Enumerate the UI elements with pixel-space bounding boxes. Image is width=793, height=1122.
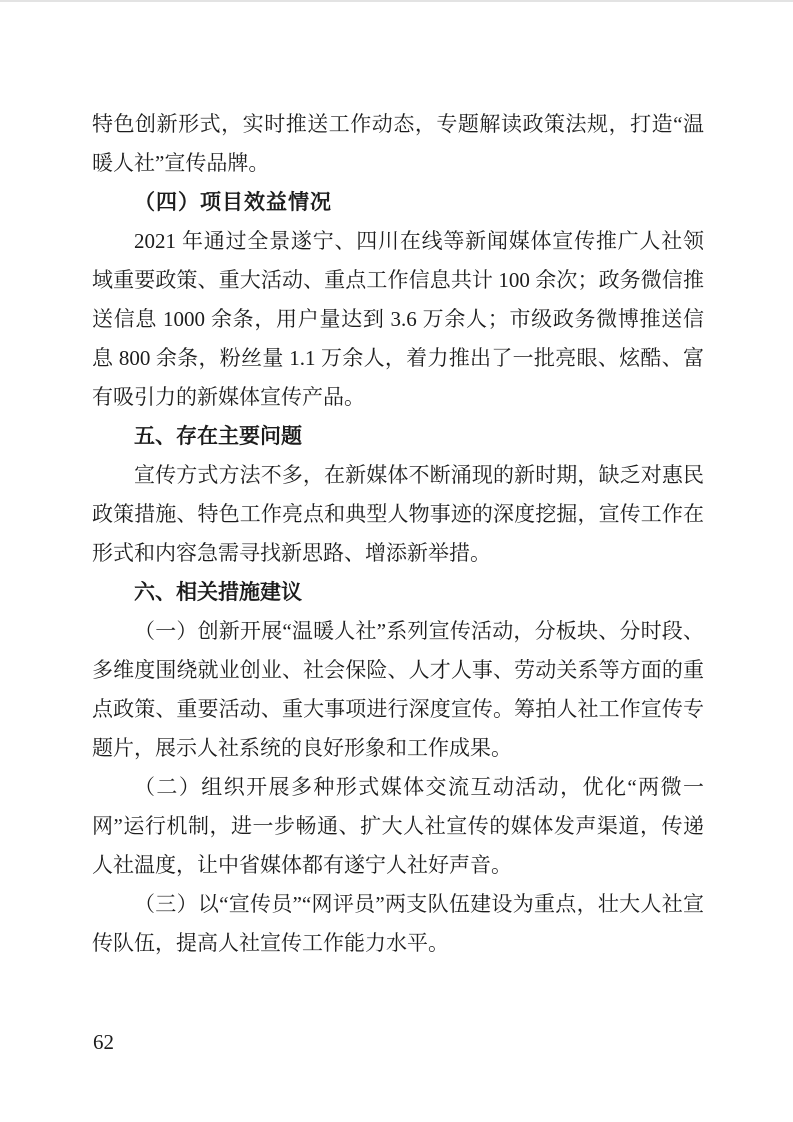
paragraph-suggestion-3: （三）以“宣传员”“网评员”两支队伍建设为重点，壮大人社宣传队伍，提高人社宣传工… (92, 885, 704, 963)
paragraph-problems-detail: 宣传方式方法不多，在新媒体不断涌现的新时期，缺乏对惠民政策措施、特色工作亮点和典… (92, 456, 704, 573)
heading-project-benefits: （四）项目效益情况 (92, 183, 704, 222)
paragraph-suggestion-1: （一）创新开展“温暖人社”系列宣传活动，分板块、分时段、多维度围绕就业创业、社会… (92, 612, 704, 768)
paragraph-suggestion-2: （二）组织开展多种形式媒体交流互动活动，优化“两微一网”运行机制，进一步畅通、扩… (92, 768, 704, 885)
paragraph-benefits-detail: 2021 年通过全景遂宁、四川在线等新闻媒体宣传推广人社领域重要政策、重大活动、… (92, 222, 704, 417)
heading-main-problems: 五、存在主要问题 (92, 417, 704, 456)
heading-main-suggestions: 六、相关措施建议 (92, 573, 704, 612)
page-number: 62 (93, 1028, 114, 1056)
document-content: 特色创新形式，实时推送工作动态，专题解读政策法规，打造“温暖人社”宣传品牌。 （… (92, 105, 704, 963)
paragraph-continuation: 特色创新形式，实时推送工作动态，专题解读政策法规，打造“温暖人社”宣传品牌。 (92, 105, 704, 183)
